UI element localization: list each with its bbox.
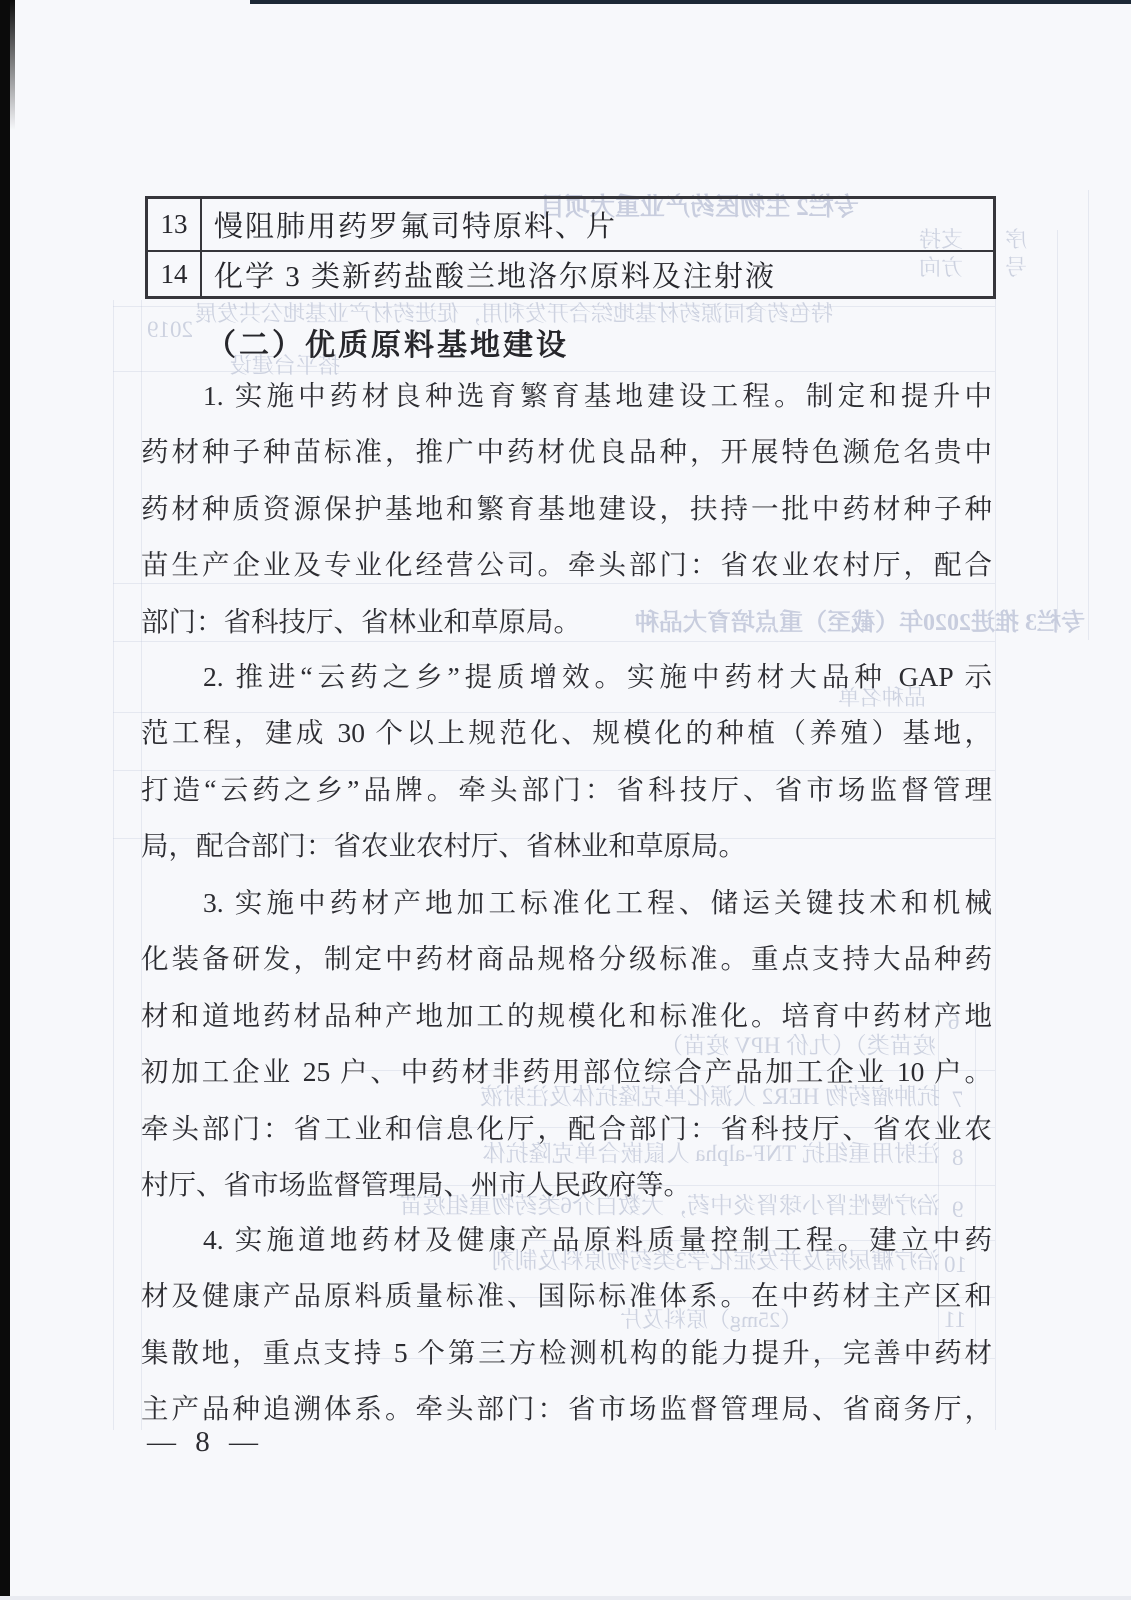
paragraph-line: 牵头部门：省工业和信息化厅，配合部门：省科技厅、省农业农 xyxy=(141,1101,992,1157)
paragraph-line: 部门：省科技厅、省林业和草原局。 xyxy=(141,594,992,650)
paragraph-line: 主产品种追溯体系。牵头部门：省市场监督管理局、省商务厅， xyxy=(141,1381,992,1437)
scan-edge-top xyxy=(250,0,1131,4)
paragraph-1: 1. 实施中药材良种选育繁育基地建设工程。制定和提升中药材种子种苗标准，推广中药… xyxy=(141,368,992,650)
paragraph-line: 村厅、省市场监督管理局、州市人民政府等。 xyxy=(141,1157,992,1213)
paragraph-line: 药材种质资源保护基地和繁育基地建设，扶持一批中药材种子种 xyxy=(141,481,992,537)
row-text-cell: 慢阻肺用药罗氟司特原料、片 xyxy=(202,199,993,250)
paragraph-line: 集散地，重点支持 5 个第三方检测机构的能力提升，完善中药材 xyxy=(141,1325,992,1381)
paragraph-line: 初加工企业 25 户、中药材非药用部位综合产品加工企业 10 户。 xyxy=(141,1044,992,1100)
paragraph-line: 打造“云药之乡”品牌。牵头部门：省科技厅、省市场监督管理 xyxy=(141,762,992,818)
scan-edge-left xyxy=(0,0,10,1600)
paragraph-line: 化装备研发，制定中药材商品规格分级标准。重点支持大品种药 xyxy=(141,931,992,987)
paragraph-3: 3. 实施中药材产地加工标准化工程、储运关键技术和机械化装备研发，制定中药材商品… xyxy=(141,875,992,1213)
paragraph-line: 1. 实施中药材良种选育繁育基地建设工程。制定和提升中 xyxy=(141,368,992,424)
table-row: 13 慢阻肺用药罗氟司特原料、片 xyxy=(148,199,993,250)
paragraph-line: 苗生产企业及专业化经营公司。牵头部门：省农业农村厅，配合 xyxy=(141,537,992,593)
paragraph-line: 局，配合部门：省农业农村厅、省林业和草原局。 xyxy=(141,818,992,874)
paragraph-line: 材和道地药材品种产地加工的规模化和标准化。培育中药材产地 xyxy=(141,988,992,1044)
scan-edge-left-wedge xyxy=(10,0,15,130)
paragraph-line: 3. 实施中药材产地加工标准化工程、储运关键技术和机械 xyxy=(141,875,992,931)
row-number-cell: 14 xyxy=(148,252,202,296)
paragraph-4: 4. 实施道地药材及健康产品原料质量控制工程。建立中药材及健康产品原料质量标准、… xyxy=(141,1212,992,1438)
page-number: — 8 — xyxy=(147,1426,264,1459)
scan-page: 13 慢阻肺用药罗氟司特原料、片 14 化学 3 类新药盐酸兰地洛尔原料及注射液… xyxy=(0,0,1131,1600)
paragraph-line: 材及健康产品原料质量标准、国际标准体系。在中药材主产区和 xyxy=(141,1268,992,1324)
paragraph-line: 药材种子种苗标准，推广中药材优良品种，开展特色濒危名贵中 xyxy=(141,424,992,480)
row-number-cell: 13 xyxy=(148,199,202,250)
paragraph-line: 2. 推进“云药之乡”提质增效。实施中药材大品种 GAP 示 xyxy=(141,649,992,705)
row-text-cell: 化学 3 类新药盐酸兰地洛尔原料及注射液 xyxy=(202,252,993,296)
table-row: 14 化学 3 类新药盐酸兰地洛尔原料及注射液 xyxy=(148,250,993,296)
paragraph-line: 4. 实施道地药材及健康产品原料质量控制工程。建立中药 xyxy=(141,1212,992,1268)
section-heading: （二）优质原料基地建设 xyxy=(206,320,569,364)
scan-edge-bottom xyxy=(0,1596,1131,1600)
paragraph-2: 2. 推进“云药之乡”提质增效。实施中药材大品种 GAP 示范工程，建成 30 … xyxy=(141,649,992,875)
paragraph-line: 范工程，建成 30 个以上规范化、规模化的种植（养殖）基地， xyxy=(141,705,992,761)
products-table: 13 慢阻肺用药罗氟司特原料、片 14 化学 3 类新药盐酸兰地洛尔原料及注射液 xyxy=(145,196,996,299)
